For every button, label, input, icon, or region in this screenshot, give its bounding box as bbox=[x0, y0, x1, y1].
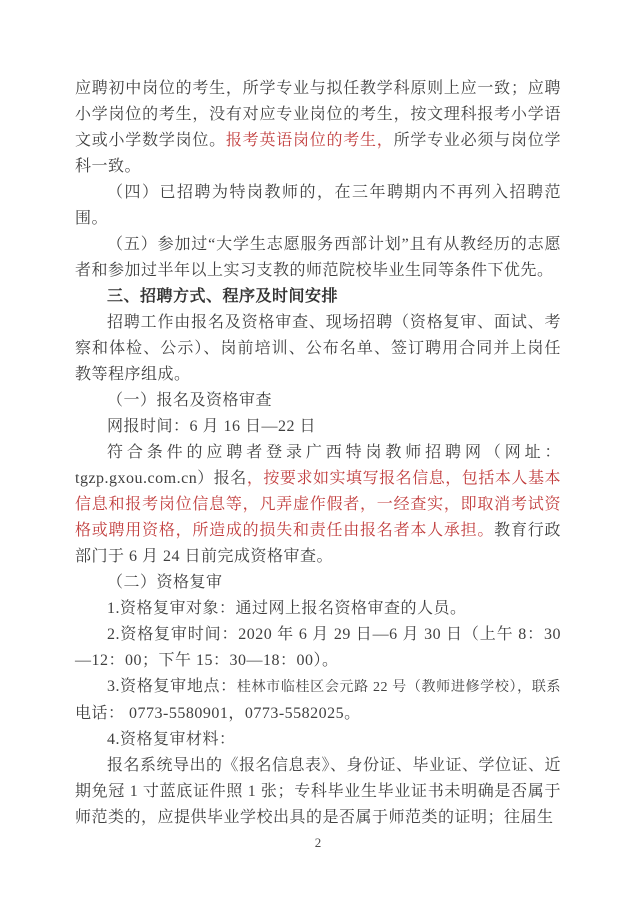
page-number: 2 bbox=[0, 835, 636, 850]
text-segment: 网报时间：6 月 16 日—22 日 bbox=[107, 418, 316, 435]
text-segment: （一）报名及资格审查 bbox=[107, 392, 272, 409]
document-content: 应聘初中岗位的考生，所学专业与拟任教学科原则上应一致；应聘小学岗位的考生，没有对… bbox=[75, 76, 561, 831]
text-segment: 报名系统导出的《报名信息表》、身份证、毕业证、学位证、近期免冠 1 寸蓝底证件照… bbox=[75, 757, 561, 826]
paragraph: （一）报名及资格审查 bbox=[75, 388, 561, 414]
text-segment: 1.资格复审对象：通过网上报名资格审查的人员。 bbox=[107, 600, 467, 617]
paragraph: 招聘工作由报名及资格审查、现场招聘（资格复审、面试、考察和体检、公示）、岗前培训… bbox=[75, 310, 561, 388]
paragraph: （二）资格复审 bbox=[75, 570, 561, 596]
text-segment: 桂林市临桂区会元路 22 号（教师进修学校），联系 bbox=[237, 680, 561, 695]
paragraph: 4.资格复审材料： bbox=[75, 727, 561, 753]
paragraph: 3.资格复审地点：桂林市临桂区会元路 22 号（教师进修学校），联系电话： 07… bbox=[75, 674, 561, 727]
text-segment: 2.资格复审时间：2020 年 6 月 29 日—6 月 30 日（上午 8：3… bbox=[75, 626, 561, 669]
highlighted-text: 报考英语岗位的考生， bbox=[226, 132, 394, 149]
text-segment: 4.资格复审材料： bbox=[107, 731, 236, 748]
text-segment: 三、招聘方式、程序及时间安排 bbox=[107, 288, 338, 305]
text-segment: （五）参加过“大学生志愿服务西部计划”且有从教经历的志愿者和参加过半年以上实习支… bbox=[75, 236, 561, 279]
section-heading: 三、招聘方式、程序及时间安排 bbox=[75, 284, 561, 310]
paragraph: 2.资格复审时间：2020 年 6 月 29 日—6 月 30 日（上午 8：3… bbox=[75, 622, 561, 674]
text-segment: 招聘工作由报名及资格审查、现场招聘（资格复审、面试、考察和体检、公示）、岗前培训… bbox=[75, 314, 561, 383]
paragraph: 应聘初中岗位的考生，所学专业与拟任教学科原则上应一致；应聘小学岗位的考生，没有对… bbox=[75, 76, 561, 180]
text-segment: 电话： 0773-5580901，0773-5582025。 bbox=[75, 705, 361, 722]
text-segment: （二）资格复审 bbox=[107, 574, 223, 591]
paragraph: 1.资格复审对象：通过网上报名资格审查的人员。 bbox=[75, 596, 561, 622]
paragraph: 符合条件的应聘者登录广西特岗教师招聘网（网址：tgzp.gxou.com.cn）… bbox=[75, 440, 561, 570]
paragraph: （四）已招聘为特岗教师的，在三年聘期内不再列入招聘范围。 bbox=[75, 180, 561, 232]
text-segment: （四）已招聘为特岗教师的，在三年聘期内不再列入招聘范围。 bbox=[75, 184, 561, 227]
paragraph: 网报时间：6 月 16 日—22 日 bbox=[75, 414, 561, 440]
text-segment: 3.资格复审地点： bbox=[107, 678, 237, 695]
paragraph: （五）参加过“大学生志愿服务西部计划”且有从教经历的志愿者和参加过半年以上实习支… bbox=[75, 232, 561, 284]
document-page: 应聘初中岗位的考生，所学专业与拟任教学科原则上应一致；应聘小学岗位的考生，没有对… bbox=[0, 0, 636, 900]
paragraph: 报名系统导出的《报名信息表》、身份证、毕业证、学位证、近期免冠 1 寸蓝底证件照… bbox=[75, 753, 561, 831]
